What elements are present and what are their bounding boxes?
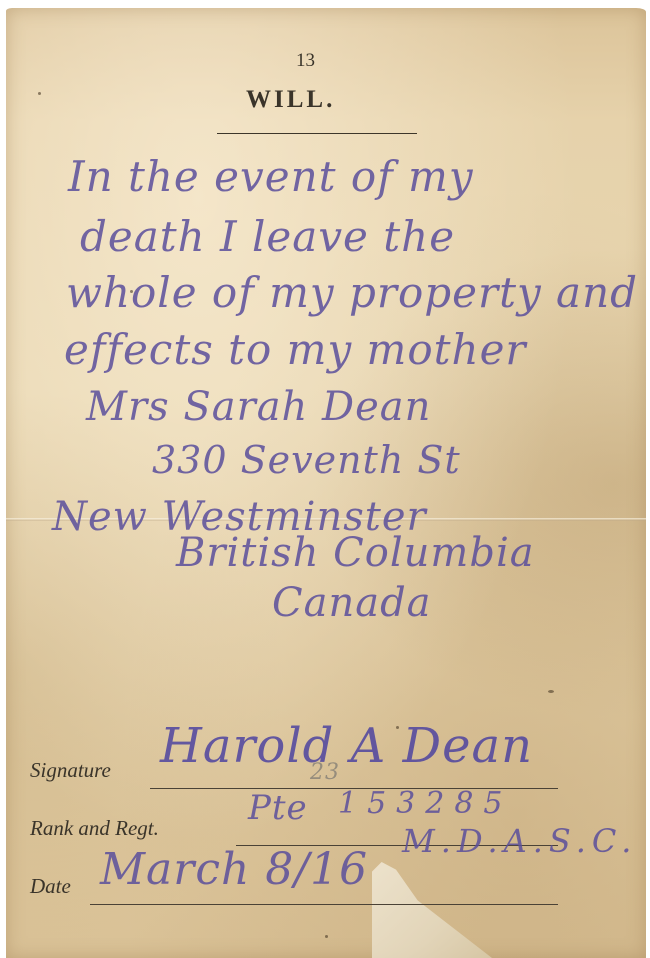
page-number: 13 — [296, 50, 315, 72]
will-text-line-3: whole of my property and — [66, 268, 638, 317]
signature-value: Harold A Dean — [160, 718, 533, 774]
will-text-line-1: In the event of my — [68, 152, 474, 201]
signature-label: Signature — [30, 758, 111, 783]
title-underline — [217, 133, 417, 134]
rank-value: Pte — [248, 788, 308, 828]
regimental-number: 153285 — [338, 786, 513, 821]
paper-speck — [548, 690, 554, 693]
date-label: Date — [30, 874, 71, 899]
paper-speck — [325, 935, 328, 938]
address-country: Canada — [272, 580, 432, 626]
rank-and-regt-label: Rank and Regt. — [30, 816, 159, 841]
will-text-line-2: death I leave the — [80, 212, 455, 261]
pencil-annotation: 23 — [310, 760, 340, 785]
date-line — [90, 904, 558, 905]
regiment-unit: M.D.A.S.C. — [402, 822, 637, 860]
address-street: 330 Seventh St — [152, 438, 461, 482]
address-province: British Columbia — [176, 530, 535, 576]
document-title: WILL. — [246, 86, 335, 114]
paper-speck — [38, 92, 41, 95]
will-text-line-4: effects to my mother — [64, 325, 527, 374]
beneficiary-name: Mrs Sarah Dean — [86, 384, 431, 430]
date-value: March 8/16 — [100, 844, 368, 895]
